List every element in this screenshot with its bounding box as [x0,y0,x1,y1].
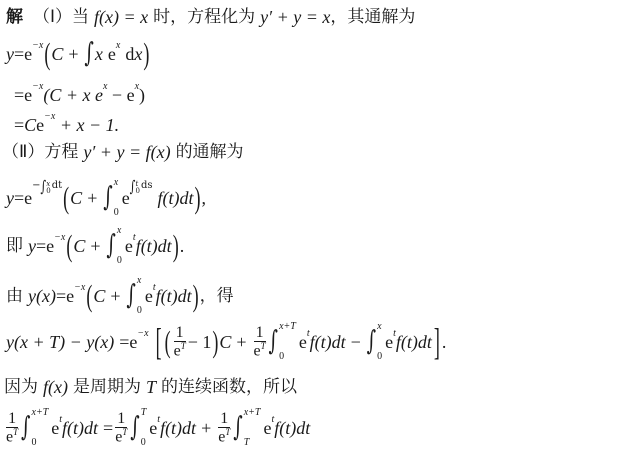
math-e: e [149,419,157,437]
math-op: = [14,116,24,134]
math-e: e [108,45,116,63]
math-op: + [236,333,246,351]
math-var: x [134,45,142,63]
exponent-integral: − ∫ x0 dt [32,181,62,195]
integral-sign: ∫ [126,283,135,310]
math-e: e [46,237,54,255]
equation-general-solution-2: y = e − ∫ x0 dt ( C + ∫ x0 e ∫ t0 ds f(t… [6,178,206,218]
math-exponent: −x [54,233,65,243]
text: 方程 [44,144,78,161]
left-bracket: [ [156,323,162,361]
math-op: = [14,189,24,207]
numerator: 1 [254,324,266,343]
text: ，其通解为 [330,9,415,26]
integral-sign: ∫ [269,329,278,356]
math-expr: f(t)dt [310,333,346,351]
math-exponent: −x [44,112,55,122]
math-expr: y′ + y = f(x) [83,143,170,161]
math-e: e [24,45,32,63]
right-paren: ) [212,327,218,358]
math-exponent: t [153,283,156,293]
left-paren: ( [165,327,171,358]
math-exponent: t [157,415,160,425]
upper-limit: x [137,276,142,286]
left-paren: ( [63,183,69,214]
part-label-1: （Ⅰ） [33,9,72,26]
lower-limit: 0 [141,438,147,448]
lower-limit: T [244,438,261,448]
math-exponent: −x [74,283,85,293]
denominator: e [174,343,181,360]
math-expr: y(x + T) − y(x) [6,333,114,351]
math-var: T [146,378,156,396]
math-exponent: x [116,41,120,51]
lower-limit: 0 [135,188,139,195]
math-exponent: t [133,233,136,243]
punctuation: . [180,237,185,255]
math-expr: f(t)dt [157,189,193,207]
numerator: 1 [115,410,127,429]
upper-limit: x [117,226,122,236]
math-op: + [110,287,120,305]
lower-limit: 0 [32,438,49,448]
upper-limit: x [114,178,119,188]
math-expr: f(t)dt [274,419,310,437]
integral-sign: ∫ [130,415,139,442]
math-expr: ds [141,181,153,191]
text: 由 [6,288,23,305]
math-expr: (C + x e [43,86,103,104]
left-paren: ( [44,39,50,70]
math-expr: y(x) [28,287,56,305]
right-paren: ) [173,231,179,262]
math-e: e [122,189,130,207]
text: 的通解为 [176,144,244,161]
math-var: C [51,45,63,63]
lower-limit: 0 [137,306,142,316]
math-expr: f(t)dt [396,333,432,351]
math-exponent: T [122,427,127,437]
math-expr: dt [52,181,62,191]
integral-sign: ∫ [21,415,30,442]
math-exponent: x [103,82,107,92]
text: 因为 [4,379,38,396]
periodic-statement: 因为 f(x) 是周期为 T 的连续函数，所以 [4,378,297,396]
math-exponent: −x [32,41,43,51]
text: 即 [6,238,23,255]
math-op: + [201,419,211,437]
equation-from-y: 由 y(x) = e −x ( C + ∫ x0 e t f(t)dt ) ，得 [6,276,234,316]
equation-split-integral: 1 eT ∫ x+T0 e t f(t)dt = 1 eT ∫ T0 e t f… [4,408,310,448]
math-exponent: t [59,415,62,425]
upper-limit: x+T [279,322,296,332]
solution-label: 解 [6,9,23,26]
lower-limit: 0 [114,208,119,218]
math-exponent: t [307,329,310,339]
math-op: − [351,333,361,351]
upper-limit: x+T [244,408,261,418]
math-e: e [145,287,153,305]
integral-sign: ∫ [85,41,94,68]
math-expr: + x − 1. [55,116,119,134]
math-expr: f(x) = x [94,8,148,26]
math-exponent: −x [32,82,43,92]
left-paren: ( [86,281,92,312]
integral-sign: ∫ [233,415,242,442]
lower-limit: 0 [117,256,122,266]
integral-sign: ∫ [367,329,376,356]
text: 当 [72,9,89,26]
equation-difference: y(x + T) − y(x) = e −x [ ( 1 eT − 1 ) C … [6,322,446,362]
left-paren: ( [66,231,72,262]
math-op: − [32,181,40,191]
math-exponent: x [135,82,139,92]
math-exponent: T [13,427,18,437]
equation-step-3: = C e −x + x − 1. [14,116,119,134]
equation-general-solution-1: y = e −x ( C + ∫ x e x d x ) [6,45,150,63]
numerator: 1 [6,410,18,429]
text: 是周期为 [73,379,141,396]
math-expr: f(t)dt [156,287,192,305]
math-exponent: T [181,341,186,351]
right-paren: ) [143,39,149,70]
math-e: e [24,189,32,207]
math-e: e [263,419,271,437]
math-e: e [66,287,74,305]
math-exponent: T [225,427,230,437]
solution-part-1-intro: 解 （Ⅰ） 当 f(x) = x 时，方程化为 y′ + y = x ，其通解为 [6,8,415,26]
math-var: C [73,237,85,255]
math-expr: f(t)dt [62,419,98,437]
math-op: = [14,86,24,104]
upper-limit: T [141,408,147,418]
math-expr: − 1 [188,333,212,351]
math-op: = [36,237,46,255]
math-expr: − e [107,86,134,104]
denominator: e [254,343,261,360]
solution-part-2-intro: （Ⅱ） 方程 y′ + y = f(x) 的通解为 [2,143,244,161]
math-var: C [24,116,36,134]
upper-limit: x [377,322,382,332]
part-label-2: （Ⅱ） [2,144,44,161]
math-e: e [24,86,32,104]
lower-limit: 0 [279,352,296,362]
integral-sign: ∫ [103,185,112,212]
equation-step-2: = e −x (C + x e x − e x ) [14,86,145,104]
math-var: C [70,189,82,207]
math-var: C [219,333,231,351]
fraction: 1 eT [6,410,18,447]
right-bracket: ] [434,323,440,361]
text: ，得 [200,288,234,305]
math-op: + [90,237,100,255]
integral-sign: ∫ [107,233,116,260]
lower-limit: 0 [46,188,50,195]
math-expr: y′ + y = x [260,8,330,26]
math-var: x [95,45,103,63]
lower-limit: 0 [377,352,382,362]
equation-simplified: 即 y = e −x ( C + ∫ x0 e t f(t)dt ) . [6,226,184,266]
math-op: + [68,45,78,63]
math-exponent: T [261,341,266,351]
math-e: e [51,419,59,437]
right-paren: ) [194,183,200,214]
exponent-integral: ∫ t0 ds [130,181,153,195]
math-op: + [87,189,97,207]
math-e: e [385,333,393,351]
math-d: d [125,45,134,63]
math-e: e [125,237,133,255]
math-e: e [36,116,44,134]
math-e: e [129,333,137,351]
punctuation: . [442,333,447,351]
math-var: y [6,45,14,63]
math-op: = [103,419,113,437]
math-e: e [299,333,307,351]
math-var: y [6,189,14,207]
math-exponent: t [271,415,274,425]
fraction: 1 eT [218,410,230,447]
math-var: y [28,237,36,255]
integral-sign: ∫ [130,179,136,194]
math-exponent: t [393,329,396,339]
math-op: = [119,333,129,351]
text: 的连续函数，所以 [161,379,297,396]
text: 时，方程化为 [153,9,255,26]
math-expr: f(t)dt [136,237,172,255]
fraction: 1 eT [254,324,266,361]
math-exponent: −x [137,329,148,339]
math-expr: f(t)dt [160,419,196,437]
math-op: = [56,287,66,305]
numerator: 1 [218,410,230,429]
math-var: C [93,287,105,305]
math-op: = [14,45,24,63]
fraction: 1 eT [115,410,127,447]
fraction: 1 eT [174,324,186,361]
upper-limit: x+T [32,408,49,418]
right-paren: ) [193,281,199,312]
numerator: 1 [174,324,186,343]
punctuation: , [201,189,206,207]
math-op: ) [139,86,145,104]
math-expr: f(x) [43,378,68,396]
integral-sign: ∫ [41,179,47,194]
